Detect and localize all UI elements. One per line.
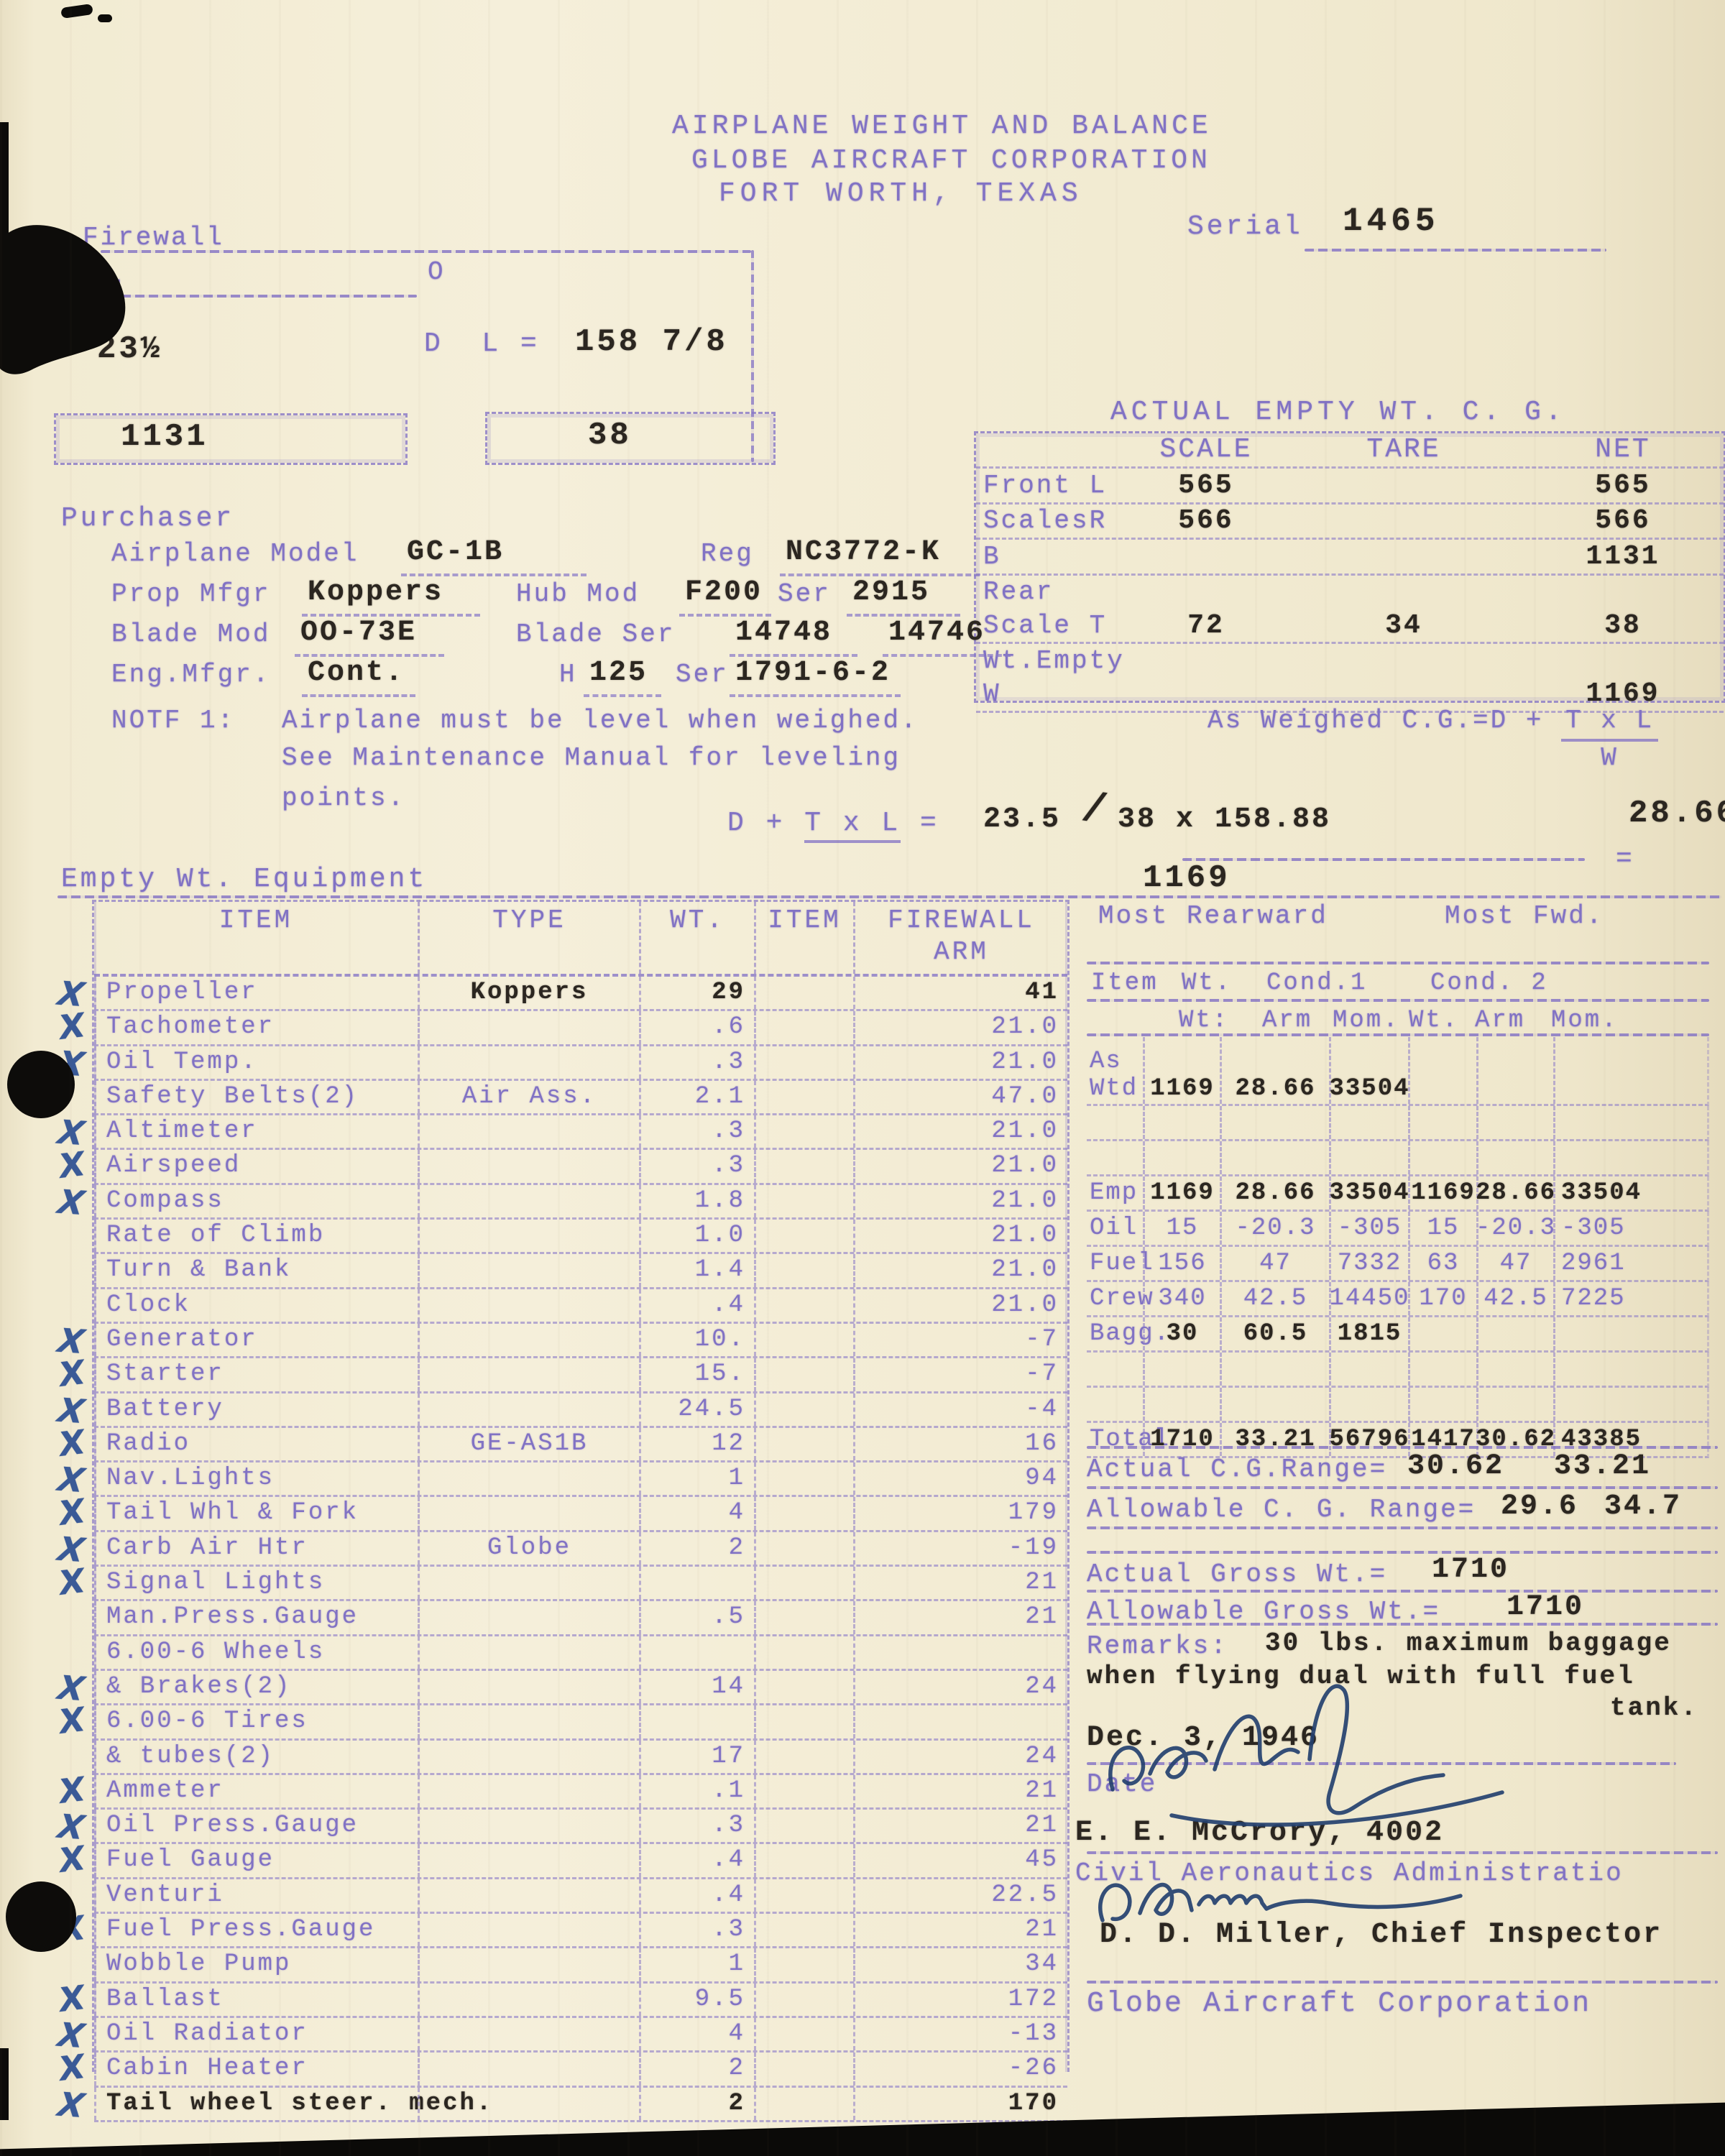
equipment-item2-blank: [754, 1046, 853, 1079]
check-x-mark: X: [52, 1424, 92, 1462]
loading-wt1: [1143, 1106, 1220, 1139]
equipment-item-type: [418, 1254, 639, 1286]
equipment-item-weight: 1: [639, 1948, 754, 1981]
fraction-numerator: T x L: [1561, 704, 1658, 742]
equipment-item2-blank: [754, 2088, 853, 2120]
equipment-item-name: Oil Radiator: [94, 2018, 418, 2050]
equipment-item2-blank: [754, 1914, 853, 1946]
equipment-item2-blank: [754, 1150, 853, 1182]
loading-arm2: [1476, 1106, 1553, 1139]
equipment-item-name: Signal Lights: [94, 1567, 418, 1599]
cg-scale-value: 566: [1127, 505, 1285, 538]
equipment-item-weight: [639, 1636, 754, 1669]
equipment-item-weight: .3: [639, 1115, 754, 1148]
loading-row: [1087, 1141, 1709, 1176]
loading-row: Emp 1169 28.66 33504 1169 28.66 33504: [1087, 1176, 1709, 1212]
serial-value: 1465: [1343, 203, 1439, 240]
cg-table-title: ACTUAL EMPTY WT. C. G.: [1110, 395, 1566, 430]
equipment-firewall-arm-value: 21: [853, 1914, 1067, 1946]
equipment-title: Empty Wt. Equipment: [61, 862, 427, 897]
loading-row-label: [1087, 1388, 1143, 1421]
weight-balance-form: AIRPLANE WEIGHT AND BALANCE GLOBE AIRCRA…: [0, 0, 1725, 2156]
formula-underline: [1182, 858, 1585, 861]
loading-wt1: [1143, 1353, 1220, 1386]
formula-moment-value: 38 x 158.88: [1118, 802, 1331, 838]
check-x-mark: X: [52, 1841, 92, 1879]
check-x-mark: X: [52, 1493, 92, 1531]
equipment-item2-blank: [754, 1741, 853, 1773]
actual-cg-range-aft: 30.62: [1407, 1449, 1504, 1485]
rule-below-allow-cg: [1087, 1526, 1718, 1529]
equipment-firewall-arm-value: 170: [853, 2088, 1067, 2120]
loading-arm1: 28.66: [1220, 1176, 1329, 1210]
loading-mom2: [1553, 1353, 1709, 1386]
loading-wt2: [1408, 1317, 1476, 1350]
equipment-item-weight: [639, 1567, 754, 1599]
actual-gross-wt-label: Actual Gross Wt.=: [1087, 1558, 1387, 1591]
equipment-item2-blank: [754, 1948, 853, 1981]
equipment-item-type: [418, 2018, 639, 2050]
equipment-item-name: & Brakes(2): [94, 1671, 418, 1703]
loading-mom1: 7332: [1329, 1247, 1408, 1280]
equipment-row: Man.Press.Gauge .5 21: [94, 1601, 1067, 1636]
equipment-item-type: Globe: [418, 1532, 639, 1565]
company-footer-name: Globe Aircraft Corporation: [1087, 1986, 1591, 2022]
rule-above-remarks: [1087, 1623, 1718, 1626]
cg-header-tare: TARE: [1285, 433, 1522, 466]
company-location: FORT WORTH, TEXAS: [719, 177, 1083, 211]
equipment-item2-blank: [754, 1324, 853, 1356]
cg-scale-value: 565: [1127, 469, 1285, 502]
equipment-row: X Starter 15. -7: [94, 1358, 1067, 1393]
company-name: GLOBE AIRCRAFT CORPORATION: [691, 144, 1211, 178]
loading-mom2: [1553, 1388, 1709, 1421]
hole-punch-bottom: [6, 1881, 76, 1952]
equipment-firewall-arm-value: 21.0: [853, 1115, 1067, 1148]
equipment-firewall-arm-value: 34: [853, 1948, 1067, 1981]
cg-tare-value: [1285, 505, 1522, 538]
loading-wt2: [1408, 1106, 1476, 1139]
rule-above-allow-gross: [1087, 1590, 1718, 1593]
form-title: AIRPLANE WEIGHT AND BALANCE: [672, 109, 1212, 144]
equipment-row: Clock .4 21.0: [94, 1289, 1067, 1324]
allowable-cg-range-aft: 34.7: [1604, 1489, 1682, 1525]
loading-header-cond1: Cond.1: [1266, 967, 1367, 999]
airplane-model-label: Airplane Model: [111, 538, 359, 571]
cg-scale-value: [1127, 576, 1285, 609]
cg-tare-value: [1285, 469, 1522, 502]
equipment-item-weight: 4: [639, 2018, 754, 2050]
equipment-item2-blank: [754, 2053, 853, 2085]
equipment-row: X Radio GE-AS1B 12 16: [94, 1428, 1067, 1462]
equipment-item-name: Oil Temp.: [94, 1046, 418, 1079]
equipment-item-type: [418, 1775, 639, 1807]
eng-mfgr-label: Eng.Mfgr.: [111, 658, 270, 691]
check-x-mark: [52, 1632, 91, 1637]
loading-arm1: 42.5: [1220, 1282, 1329, 1315]
equipment-item2-blank: [754, 1428, 853, 1460]
as-weighed-text: As Weighed C.G.=D +: [1207, 706, 1543, 735]
note-line1: Airplane must be level when weighed.: [282, 704, 919, 737]
equipment-item-type: [418, 1115, 639, 1148]
equipment-item-type: [418, 1011, 639, 1044]
cg-row-label: W: [976, 678, 1127, 711]
equipment-item-type: [418, 2088, 639, 2120]
check-x-mark: X: [46, 1184, 96, 1220]
equipment-firewall-arm-value: 22.5: [853, 1879, 1067, 1912]
equipment-row: X 6.00-6 Tires: [94, 1705, 1067, 1740]
equipment-row: X Fuel Gauge .4 45: [94, 1844, 1067, 1879]
cg-row-label: Rear: [976, 576, 1127, 609]
cg-row: Front L 565 565: [976, 469, 1724, 504]
loading-row: [1087, 1353, 1709, 1388]
check-x-mark: X: [52, 1146, 92, 1184]
hub-ser-label: Ser: [778, 578, 831, 611]
loading-arm1: 60.5: [1220, 1317, 1329, 1350]
equipment-firewall-arm-value: 21.0: [853, 1289, 1067, 1322]
equipment-firewall-arm-value: [853, 1636, 1067, 1669]
equipment-header-firewall-arm: FIREWALL ARM: [853, 902, 1067, 974]
formula-result: 28.66: [1629, 795, 1725, 832]
firewall-line-top: [101, 250, 751, 253]
blade-mod-label: Blade Mod: [111, 618, 270, 651]
loading-subhead-wt2: Wt.: [1409, 1005, 1459, 1036]
hole-punch-top: [0, 212, 169, 399]
cg-scale-value: [1127, 540, 1285, 573]
equipment-row: Safety Belts(2) Air Ass. 2.1 47.0: [94, 1081, 1067, 1115]
most-rearward-header: Most Rearward: [1098, 900, 1328, 933]
equipment-item-weight: .6: [639, 1011, 754, 1044]
check-x-mark: X: [52, 1008, 92, 1046]
equipment-row: X Battery 24.5 -4: [94, 1393, 1067, 1428]
miller-signature: [1092, 1867, 1481, 1939]
loading-mom1: 33504: [1329, 1037, 1408, 1104]
cg-table: SCALE TARE NET Front L 565 565 ScalesR 5…: [974, 431, 1725, 703]
company-rule: [1087, 1981, 1718, 1984]
equipment-row: Wobble Pump 1 34: [94, 1948, 1067, 1983]
eng-mod-label: H: [559, 658, 577, 691]
loading-row-label: Total: [1087, 1423, 1143, 1456]
equipment-item-name: Nav.Lights: [94, 1462, 418, 1495]
equipment-item-weight: .4: [639, 1844, 754, 1876]
loading-row-label: Emp: [1087, 1176, 1143, 1210]
equipment-firewall-arm-value: -19: [853, 1532, 1067, 1565]
equipment-item2-blank: [754, 1185, 853, 1217]
loading-arm1: 33.21: [1220, 1423, 1329, 1456]
equipment-row: X & Brakes(2) 14 24: [94, 1671, 1067, 1705]
equipment-firewall-arm-value: -7: [853, 1324, 1067, 1356]
loading-mom1: 33504: [1329, 1176, 1408, 1210]
equipment-item-name: Wobble Pump: [94, 1948, 418, 1981]
equipment-item-weight: .4: [639, 1289, 754, 1322]
rear-weight-value: 38: [588, 417, 632, 454]
equipment-item-weight: 4: [639, 1497, 754, 1529]
loading-arm1: [1220, 1353, 1329, 1386]
loading-mom1: 1815: [1329, 1317, 1408, 1350]
equipment-firewall-arm-value: 21.0: [853, 1254, 1067, 1286]
cg-tare-value: [1285, 576, 1522, 609]
equipment-item-name: Safety Belts(2): [94, 1081, 418, 1113]
equipment-row: X Propeller Koppers 29 41: [94, 977, 1067, 1011]
loading-wt2: [1408, 1141, 1476, 1174]
equipment-row: X Oil Press.Gauge .3 21: [94, 1810, 1067, 1844]
formula-d: D +: [727, 808, 804, 839]
loading-row-label: [1087, 1353, 1143, 1386]
equipment-item-type: [418, 1220, 639, 1252]
equipment-item-name: Tail Whl & Fork: [94, 1497, 418, 1529]
equipment-item-weight: [639, 1705, 754, 1738]
formula-d-value: 23.5: [983, 802, 1061, 838]
formula-numerator: T x L: [804, 808, 901, 843]
equipment-item-weight: .1: [639, 1775, 754, 1807]
equipment-item-weight: 10.: [639, 1324, 754, 1356]
equipment-table: ITEM TYPE WT. ITEM FIREWALL ARM X Propel…: [92, 900, 1069, 2072]
equipment-item-weight: 1: [639, 1462, 754, 1495]
equipment-item-name: Fuel Press.Gauge: [94, 1914, 418, 1946]
formula-lhs: D + T x L =: [727, 806, 939, 841]
equipment-firewall-arm-value: 21.0: [853, 1011, 1067, 1044]
loading-wt1: [1143, 1141, 1220, 1174]
front-weight-value: 1131: [121, 418, 208, 456]
equipment-item2-blank: [754, 1810, 853, 1842]
eng-mfgr-value: Cont.: [302, 655, 415, 697]
equipment-item-name: Generator: [94, 1324, 418, 1356]
equipment-item-weight: .3: [639, 1914, 754, 1946]
equipment-row: Venturi .4 22.5: [94, 1879, 1067, 1914]
equipment-row: X Tail Whl & Fork 4 179: [94, 1497, 1067, 1531]
blade-ser1-value: 14748: [730, 615, 857, 657]
equipment-item2-blank: [754, 1532, 853, 1565]
equipment-item2-blank: [754, 1844, 853, 1876]
cg-row-label: ScalesR: [976, 505, 1127, 538]
loading-wt2: 63: [1408, 1247, 1476, 1280]
equipment-header-type: TYPE: [418, 902, 639, 974]
equipment-item-type: [418, 1636, 639, 1669]
equipment-item-weight: 24.5: [639, 1393, 754, 1426]
note-as-weighed: As Weighed C.G.=D + T x LW: [1207, 704, 1658, 775]
loading-row-label: Crew: [1087, 1282, 1143, 1315]
prop-mfgr-label: Prop Mfgr: [111, 578, 270, 611]
equipment-item-name: Compass: [94, 1185, 418, 1217]
loading-mom2: [1553, 1141, 1709, 1174]
cg-net-value: 566: [1522, 505, 1724, 538]
loading-wt2: [1408, 1353, 1476, 1386]
equipment-item2-blank: [754, 1601, 853, 1634]
equipment-item-type: [418, 1984, 639, 2016]
blade-ser2-value: 14746: [883, 615, 1011, 657]
equipment-firewall-arm-value: 21.0: [853, 1220, 1067, 1252]
loading-wt2: 15: [1408, 1212, 1476, 1245]
reg-label: Reg: [701, 538, 754, 571]
equipment-item-type: [418, 1879, 639, 1912]
equipment-header-wt: WT.: [639, 902, 754, 974]
equipment-row: X Airspeed .3 21.0: [94, 1150, 1067, 1184]
loading-mom1: 14450: [1329, 1282, 1408, 1315]
loading-subhead-arm1: Arm: [1262, 1005, 1312, 1036]
equipment-item-name: Propeller: [94, 977, 418, 1009]
equipment-firewall-arm-value: -26: [853, 2053, 1067, 2085]
check-x-mark: X: [52, 1562, 92, 1600]
loading-arm2: [1476, 1388, 1553, 1421]
equipment-item-weight: 15.: [639, 1358, 754, 1391]
loading-arm2: 28.66: [1476, 1176, 1553, 1210]
equipment-item-type: [418, 1358, 639, 1391]
eng-ser-label: Ser: [676, 658, 729, 691]
mccrory-signature: [1100, 1674, 1517, 1840]
prop-mfgr-value: Koppers: [302, 575, 480, 617]
airplane-model-value: GC-1B: [401, 535, 586, 576]
equipment-item-name: 6.00-6 Wheels: [94, 1636, 418, 1669]
actual-cg-range-label: Actual C.G.Range=: [1087, 1453, 1387, 1486]
loading-header-item: Item: [1091, 967, 1159, 999]
most-forward-header: Most Fwd.: [1445, 900, 1604, 933]
cg-net-value: 38: [1522, 609, 1724, 642]
equipment-item-name: Altimeter: [94, 1115, 418, 1148]
loading-mom1: [1329, 1388, 1408, 1421]
loading-mom1: [1329, 1353, 1408, 1386]
equipment-item2-blank: [754, 1462, 853, 1495]
equipment-row: & tubes(2) 17 24: [94, 1741, 1067, 1775]
equipment-item2-blank: [754, 1011, 853, 1044]
equipment-item-type: [418, 1601, 639, 1634]
equipment-item-weight: .3: [639, 1046, 754, 1079]
loading-header-cond2: Cond. 2: [1430, 967, 1548, 999]
equipment-firewall-arm-value: 21.0: [853, 1046, 1067, 1079]
loading-mom2: [1553, 1317, 1709, 1350]
cg-tare-value: [1285, 644, 1522, 677]
equipment-firewall-arm-value: 24: [853, 1741, 1067, 1773]
loading-row-label: As Wtd: [1087, 1037, 1143, 1104]
loading-mom2: -305: [1553, 1212, 1709, 1245]
hole-punch-middle: [7, 1051, 75, 1118]
loading-mom1: -305: [1329, 1212, 1408, 1245]
equipment-item-type: Air Ass.: [418, 1081, 639, 1113]
equipment-row: X Tail wheel steer. mech. 2 170: [94, 2088, 1067, 2122]
loading-row: Oil 15 -20.3 -305 15 -20.3 -305: [1087, 1212, 1709, 1247]
equipment-item2-blank: [754, 1115, 853, 1148]
equipment-item-type: [418, 1289, 639, 1322]
loading-mom2: [1553, 1106, 1709, 1139]
equipment-header-item: ITEM: [94, 902, 418, 974]
equipment-item-type: [418, 1497, 639, 1529]
equipment-item-weight: 1.4: [639, 1254, 754, 1286]
equipment-item2-blank: [754, 1567, 853, 1599]
equipment-item-name: Clock: [94, 1289, 418, 1322]
equipment-item-type: [418, 1948, 639, 1981]
equipment-row: X Oil Temp. .3 21.0: [94, 1046, 1067, 1081]
equipment-item-name: Ballast: [94, 1984, 418, 2016]
cg-net-value: 1131: [1522, 540, 1724, 573]
scan-mark-top2: [98, 14, 112, 22]
loading-wt1: 156: [1143, 1247, 1220, 1280]
equipment-item-weight: 2.1: [639, 1081, 754, 1113]
equipment-firewall-arm-value: 24: [853, 1671, 1067, 1703]
equipment-item-type: [418, 1810, 639, 1842]
loading-row-label: [1087, 1141, 1143, 1174]
rule-above-actual-gross: [1087, 1551, 1718, 1554]
equipment-item-name: & tubes(2): [94, 1741, 418, 1773]
remarks-line1: 30 lbs. maximum baggage: [1265, 1627, 1672, 1660]
equipment-item2-blank: [754, 1879, 853, 1912]
equipment-item2-blank: [754, 1775, 853, 1807]
loading-table: Most Rearward Most Fwd. Item Wt. Cond.1 …: [1087, 897, 1709, 1443]
check-x-mark: X: [52, 1702, 92, 1740]
loading-wt1: 340: [1143, 1282, 1220, 1315]
equipment-item2-blank: [754, 1705, 853, 1738]
serial-underline: [1305, 249, 1606, 252]
loading-row: Fuel 156 47 7332 63 47 2961: [1087, 1247, 1709, 1282]
equipment-row: X Altimeter .3 21.0: [94, 1115, 1067, 1150]
loading-mom2: 33504: [1553, 1176, 1709, 1210]
fraction-denominator: W: [1561, 742, 1658, 775]
equipment-item2-blank: [754, 2018, 853, 2050]
equipment-item-type: [418, 1324, 639, 1356]
equipment-row: X Cabin Heater 2 -26: [94, 2053, 1067, 2087]
equipment-item2-blank: [754, 1984, 853, 2016]
cg-scale-value: [1127, 644, 1285, 677]
equipment-item-weight: 9.5: [639, 1984, 754, 2016]
loading-top-rule: [1087, 962, 1709, 964]
agency-rule: [1087, 1851, 1718, 1854]
loading-row-label: Oil: [1087, 1212, 1143, 1245]
equipment-item-type: [418, 1671, 639, 1703]
loading-subhead-wt1: Wt:: [1179, 1005, 1229, 1036]
loading-arm1: 47: [1220, 1247, 1329, 1280]
equipment-item-type: [418, 1046, 639, 1079]
scan-edge-left1: [0, 122, 9, 244]
loading-rows: As Wtd 1169 28.66 33504: [1087, 1037, 1709, 1458]
cg-header-net: NET: [1522, 433, 1724, 466]
loading-arm1: 28.66: [1220, 1037, 1329, 1104]
equipment-firewall-arm-value: [853, 1705, 1067, 1738]
formula-equals1: =: [901, 808, 939, 839]
dl-label: D L =: [424, 327, 540, 361]
equipment-item-type: [418, 1185, 639, 1217]
loading-arm2: [1476, 1353, 1553, 1386]
scan-mark-top1: [60, 4, 93, 19]
remarks-label: Remarks:: [1087, 1630, 1228, 1663]
cg-row: Rear: [976, 576, 1724, 609]
loading-wt2: 1169: [1408, 1176, 1476, 1210]
eng-ser-value: 1791-6-2: [730, 655, 901, 697]
equipment-firewall-arm-value: 47.0: [853, 1081, 1067, 1113]
loading-arm1: [1220, 1388, 1329, 1421]
cg-row: B 1131: [976, 540, 1724, 575]
equipment-item2-blank: [754, 1358, 853, 1391]
equipment-firewall-arm-value: 16: [853, 1428, 1067, 1460]
equipment-item-type: [418, 1741, 639, 1773]
actual-cg-range-fwd: 33.21: [1554, 1449, 1651, 1485]
blade-mod-value: OO-73E: [295, 615, 444, 657]
loading-header-rule2: [1087, 1033, 1709, 1036]
equipment-item-weight: 2: [639, 1532, 754, 1565]
cg-scale-value: 72: [1127, 609, 1285, 642]
allowable-cg-range-fwd: 29.6: [1501, 1489, 1578, 1525]
equipment-firewall-arm-value: 179: [853, 1497, 1067, 1529]
loading-wt1: 30: [1143, 1317, 1220, 1350]
equipment-firewall-arm-value: 21.0: [853, 1185, 1067, 1217]
loading-wt1: 1710: [1143, 1423, 1220, 1456]
actual-gross-wt-value: 1710: [1432, 1552, 1509, 1588]
equipment-item-name: Fuel Gauge: [94, 1844, 418, 1876]
equipment-firewall-arm-value: 172: [853, 1984, 1067, 2016]
equipment-item2-blank: [754, 1289, 853, 1322]
cg-row: Scale T 72 34 38: [976, 609, 1724, 644]
equipment-item-name: Battery: [94, 1393, 418, 1426]
remarks-line3: tank.: [1610, 1692, 1698, 1725]
equipment-row: X Nav.Lights 1 94: [94, 1462, 1067, 1497]
dl-value: 158 7/8: [575, 323, 728, 361]
